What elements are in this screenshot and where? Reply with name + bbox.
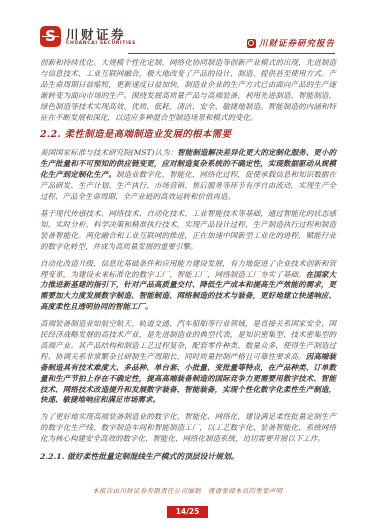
brand-name-cn: 川财证券: [66, 28, 136, 41]
brand-logo-letter: S: [45, 29, 56, 44]
body-text: 基于现代传感技术、网络技术、自动化技术、工业智能技术等基础，通过智能化的状态感知…: [40, 209, 336, 251]
report-page: S 川财证券 CHUANCAI SECURITIES 川财证券研究报告 创新和持…: [0, 0, 375, 530]
page-footer: 本报告由川财证券有限责任公司编制 谨请参阅本页的重要声明 14/25: [0, 487, 375, 518]
paragraph: 自动化改造升级、信息化基础条件和应用能力建设发展，有力地促进了企业技术创新和管理…: [40, 259, 336, 314]
section-heading: 2.2. 柔性制造是高端制造业发展的根本需要: [40, 129, 336, 141]
body-text: 高端装备制造业如航空航天、轨道交通、汽车船舶等行业领域，是直接关系国家安全、国民…: [40, 319, 336, 361]
paragraph: 创新和持续优化。大规模个性化定制、网络化协同制造等创新产业模式的出现，先进制造与…: [40, 58, 336, 123]
body-text: 创新和持续优化。大规模个性化定制、网络化协同制造等创新产业模式的出现，先进制造与…: [40, 58, 336, 122]
paragraph: 美国国家标准与技术研究院(MST)认为：智能制造解决差异化更大的定制化服务、更小…: [40, 148, 336, 203]
report-series-icon: [247, 39, 256, 48]
paragraph: 基于现代传感技术、网络技术、自动化技术、工业智能技术等基础，通过智能化的状态感知…: [40, 209, 336, 253]
body-text: 自动化改造升级、信息化基础条件和应用能力建设发展，有力地促进了企业技术创新和管理…: [40, 259, 336, 279]
page-header: S 川财证券 CHUANCAI SECURITIES 川财证券研究报告: [40, 26, 335, 56]
disclaimer-text: 本报告由川财证券有限责任公司编制 谨请参阅本页的重要声明: [0, 487, 375, 496]
body-text: 为了更好地实现高端装备制造业的数字化、智能化、网络化，建设满足柔性批量定制生产的…: [40, 412, 336, 443]
header-divider: [128, 53, 335, 54]
report-series-text: 川财证券研究报告: [259, 37, 335, 49]
subsection-heading: 2.2.1. 做好柔性批量定制混线生产模式的顶层设计规划。: [40, 451, 336, 462]
brand-logo-text: 川财证券 CHUANCAI SECURITIES: [66, 26, 136, 47]
brand-logo-icon: S: [40, 26, 61, 47]
body-text: 美国国家标准与技术研究院(MST)认为：: [40, 148, 177, 157]
document-body: 创新和持续优化。大规模个性化定制、网络化协同制造等创新产业模式的出现，先进制造与…: [40, 58, 336, 462]
report-series-label: 川财证券研究报告: [247, 37, 335, 49]
paragraph: 为了更好地实现高端装备制造业的数字化、智能化、网络化，建设满足柔性批量定制生产的…: [40, 412, 336, 445]
brand-name-en: CHUANCAI SECURITIES: [66, 41, 136, 47]
page-number-badge: 14/25: [167, 506, 209, 518]
paragraph: 高端装备制造业如航空航天、轨道交通、汽车船舶等行业领域，是直接关系国家安全、国民…: [40, 319, 336, 406]
